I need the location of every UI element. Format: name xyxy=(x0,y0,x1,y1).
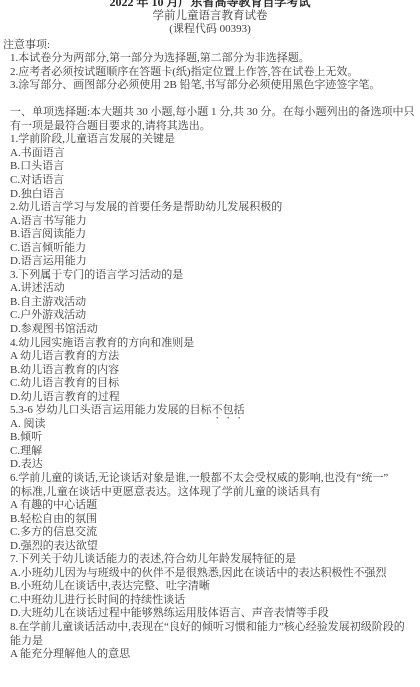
question-option: D.表达 xyxy=(10,458,420,472)
blank-line xyxy=(0,93,420,107)
question-option: D.语言运用能力 xyxy=(10,255,420,269)
question-option: B.语言阅读能力 xyxy=(10,228,420,242)
question-option: A.讲述活动 xyxy=(10,282,420,296)
question-option: D.独白语言 xyxy=(10,188,420,202)
question-stem-line: 3.下列属于专门的语言学习活动的是 xyxy=(10,269,420,283)
emphasized-text: 不包括 xyxy=(212,404,245,416)
section-one-intro-line-2: 有一项是最符合题目要求的,请将其选出。 xyxy=(10,120,420,134)
paper-body: 注意事项: 1.本试卷分为两部分,第一部分为选择题,第二部分为非选择题。 2.应… xyxy=(0,39,420,662)
question-stem-line: 的标准,儿童在谈话中更愿意表达。这体现了学前儿童的谈话具有 xyxy=(10,486,420,500)
question-option: C.多方的信息交流 xyxy=(10,526,420,540)
exam-paper-page: 2022 年 10 月广东省高等教育自学考试 学前儿童语言教育试卷 (课程代码 … xyxy=(0,0,420,662)
question-option: B.轻松自由的氛围 xyxy=(10,513,420,527)
paper-header: 2022 年 10 月广东省高等教育自学考试 学前儿童语言教育试卷 (课程代码 … xyxy=(0,0,420,37)
notice-item-3: 3.涂写部分、画图部分必须使用 2B 铅笔,书写部分必须使用黑色字迹签字笔。 xyxy=(10,79,420,93)
question-stem-line: 4.幼儿园实施语言教育的方向和准则是 xyxy=(10,337,420,351)
question-option: D.参观图书馆活动 xyxy=(10,323,420,337)
question-option: D.强烈的表达欲望 xyxy=(10,540,420,554)
question-option: C.中班幼儿进行长时间的持续性谈话 xyxy=(10,594,420,608)
question-option: B.幼儿语言教育的内容 xyxy=(10,364,420,378)
question-option: B.倾听 xyxy=(10,431,420,445)
question-option: A 幼儿语言教育的方法 xyxy=(10,350,420,364)
question-option: B.自主游戏活动 xyxy=(10,296,420,310)
question-option: C.户外游戏活动 xyxy=(10,309,420,323)
section-one-intro-line-1: 一、单项选择题:本大题共 30 小题,每小题 1 分,共 30 分。在每小题列出… xyxy=(10,106,420,120)
question-option: C.对话语言 xyxy=(10,174,420,188)
question-stem-line: 8.在学前儿童谈话活动中,表现在“良好的倾听习惯和能力”核心经验发展初级阶段的 xyxy=(10,621,420,635)
paper-title-exam: 2022 年 10 月广东省高等教育自学考试 xyxy=(0,0,420,10)
question-stem-line: 7.下列关于幼儿谈话能力的表述,符合幼儿年龄发展特征的是 xyxy=(10,553,420,567)
question-stem-line: 1.学前阶段,儿童语言发展的关键是 xyxy=(10,133,420,147)
question-stem-line: 6.学前儿童的谈话,无论谈话对象是谁,一般都不太会受权威的影响,也没有“统一” xyxy=(10,472,420,486)
question-option: A 有趣的中心话题 xyxy=(10,499,420,513)
question-option: B.小班幼儿在谈话中,表达完整、吐字清晰 xyxy=(10,580,420,594)
question-option: A.语言书写能力 xyxy=(10,215,420,229)
notice-item-2: 2.应考者必须按试题顺序在答题卡(纸)指定位置上作答,答在试卷上无效。 xyxy=(10,66,420,80)
question-list: 1.学前阶段,儿童语言发展的关键是A.书面语言B.口头语言C.对话语言D.独白语… xyxy=(0,133,420,661)
notice-item-1: 1.本试卷分为两部分,第一部分为选择题,第二部分为非选择题。 xyxy=(10,52,420,66)
question-stem-line: 2.幼儿语言学习与发展的首要任务是帮助幼儿发展积极的 xyxy=(10,201,420,215)
question-stem-line: 能力是 xyxy=(10,635,420,649)
question-option: C.理解 xyxy=(10,445,420,459)
question-option: D.大班幼儿在谈话过程中能够熟练运用肢体语言、声音表情等手段 xyxy=(10,607,420,621)
question-option: B.口头语言 xyxy=(10,160,420,174)
question-option: D.幼儿语言教育的过程 xyxy=(10,391,420,405)
notice-title: 注意事项: xyxy=(3,39,420,53)
question-option: A. 阅读 xyxy=(10,418,420,432)
question-option: C.语言倾听能力 xyxy=(10,242,420,256)
paper-title-subject: 学前儿童语言教育试卷 xyxy=(0,10,420,24)
question-stem-line: 5.3-6 岁幼儿口头语言运用能力发展的目标不包括 xyxy=(10,404,420,418)
question-option: A.书面语言 xyxy=(10,147,420,161)
question-option: A.小班幼儿因为与班级中的伙伴不是很熟悉,因此在谈话中的表达积极性不强烈 xyxy=(10,567,420,581)
question-option: C.幼儿语言教育的目标 xyxy=(10,377,420,391)
paper-course-code: (课程代码 00393) xyxy=(0,23,420,37)
question-option: A 能充分理解他人的意思 xyxy=(10,648,420,662)
